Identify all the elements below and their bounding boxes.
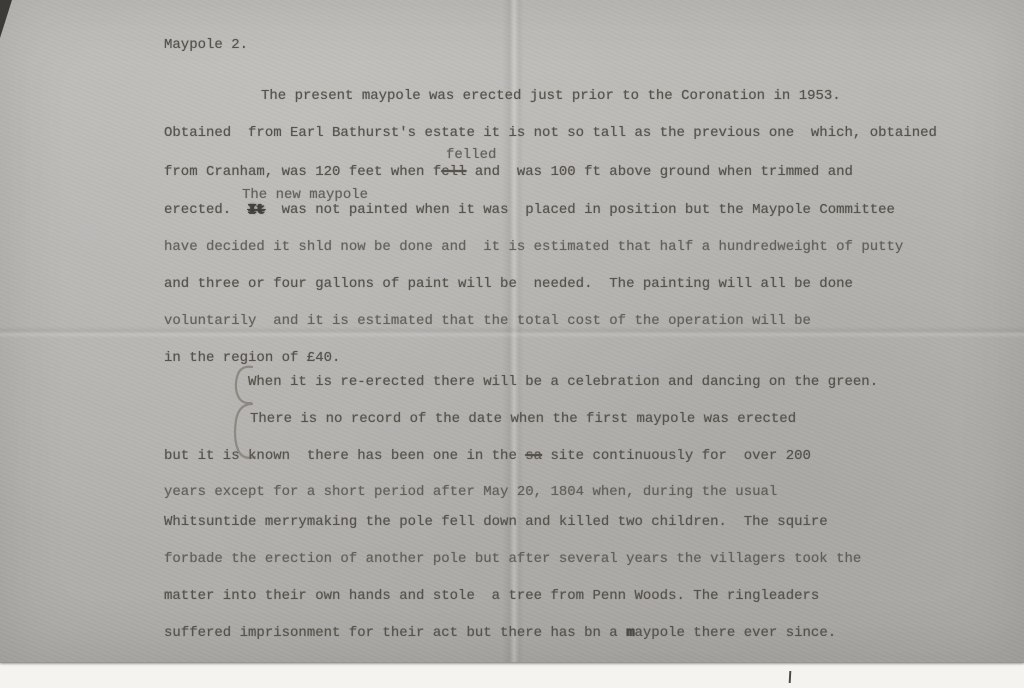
typed-line-10: There is no record of the date when the … — [250, 411, 796, 428]
typed-line-7: voluntarily and it is estimated that the… — [164, 313, 811, 330]
page-title: Maypole 2. — [164, 37, 248, 54]
typed-line-15: matter into their own hands and stole a … — [164, 588, 819, 605]
overtyped-blotted-text: It — [248, 202, 265, 218]
typed-line-11: but it is known there has been one in th… — [164, 448, 811, 465]
typed-line-2: Obtained from Earl Bathurst's estate it … — [164, 125, 937, 142]
typed-line-4: erected. It was not painted when it was … — [164, 202, 895, 219]
typed-line-14: forbade the erection of another pole but… — [164, 551, 861, 568]
line4-text-cont: was not painted when it was placed in po… — [265, 202, 895, 218]
scanned-typewritten-page: { "document": { "heading": "Maypole 2.",… — [0, 0, 1024, 688]
typed-line-16: suffered imprisonment for their act but … — [164, 625, 836, 642]
line3-text: from Cranham, was 120 feet when f — [164, 164, 441, 180]
line16-text-cont: aypole there ever since. — [634, 625, 836, 641]
typed-line-9: When it is re-erected there will be a ce… — [248, 374, 878, 391]
line16-text: suffered imprisonment for their act but … — [164, 625, 626, 641]
paper-sheet: Maypole 2. The present maypole was erect… — [0, 0, 1024, 663]
interlinear-insertion-felled: felled — [446, 147, 496, 164]
typed-line-1: The present maypole was erected just pri… — [261, 88, 841, 105]
typed-line-13: Whitsuntide merrymaking the pole fell do… — [164, 514, 828, 531]
struck-out-text-2: sa — [525, 448, 542, 464]
typed-line-12: years except for a short period after Ma… — [164, 484, 777, 501]
line3-text-cont: and was 100 ft above ground when trimmed… — [466, 164, 852, 180]
typed-line-3: from Cranham, was 120 feet when fell and… — [164, 164, 853, 181]
struck-out-text: ell — [441, 164, 466, 180]
line4-text: erected. — [164, 202, 248, 218]
line11-text: but it is known there has been one in th… — [164, 448, 525, 464]
typed-line-5: have decided it shld now be done and it … — [164, 239, 903, 256]
typed-line-6: and three or four gallons of paint will … — [164, 276, 853, 293]
line11-text-cont: site continuously for over 200 — [542, 448, 811, 464]
pen-tick-mark — [789, 671, 792, 683]
scan-corner-shadow — [0, 0, 16, 38]
